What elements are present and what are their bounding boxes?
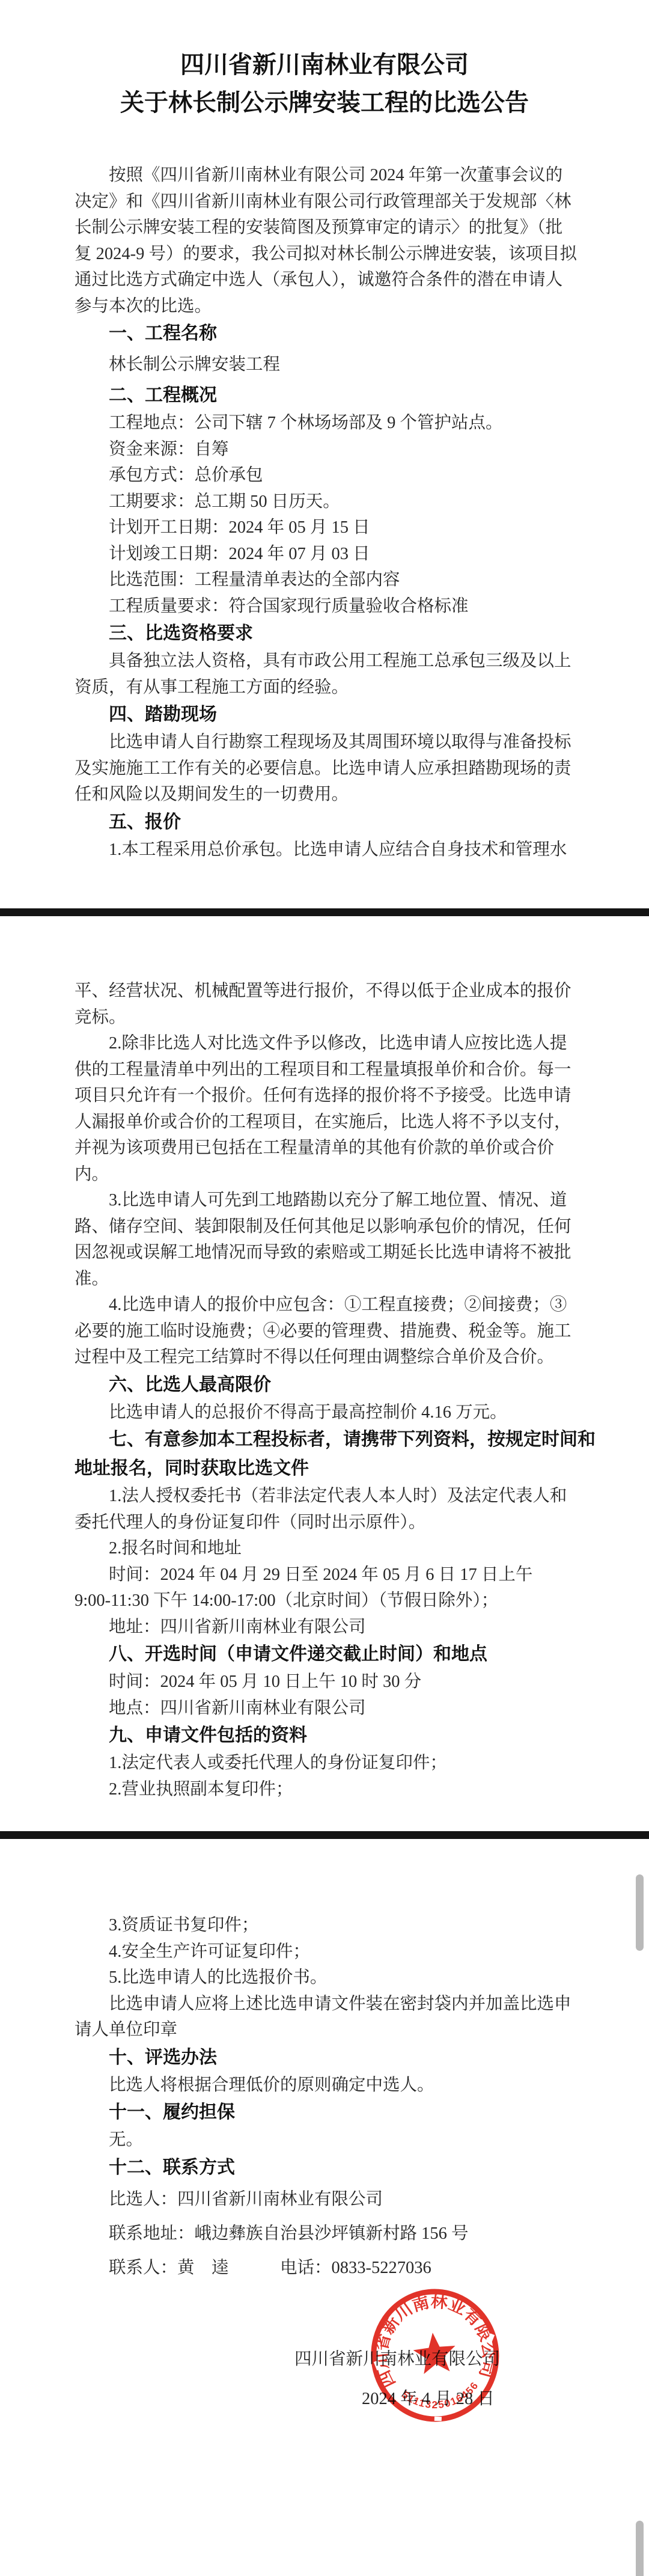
page-2: 平、经营状况、机械配置等进行报价，不得以低于企业成本的报价 竞标。 2.除非比选… <box>0 916 649 1831</box>
paragraph-line: 地点：四川省新川南林业有限公司 <box>0 1695 649 1722</box>
paragraph-line: 计划竣工日期：2024 年 07 月 03 日 <box>0 541 649 568</box>
paragraph-line: 资金来源：自筹 <box>0 436 649 463</box>
section-heading: 九、申请文件包括的资料 <box>0 1721 649 1750</box>
paragraph-line: 无。 <box>0 2127 649 2153</box>
paragraph-line: 决定》和《四川省新川南林业有限公司行政管理部关于发规部〈林 <box>0 189 649 215</box>
paragraph-line: 长制公示牌安装工程的安装简图及预算审定的请示〉的批复》（批 <box>0 215 649 241</box>
paragraph-line: 路、储存空间、装卸限制及任何其他足以影响承包价的情况，任何 <box>0 1214 649 1240</box>
section-heading: 六、比选人最高限价 <box>0 1371 649 1400</box>
paragraph-line: 9:00-11:30 下午 14:00-17:00（北京时间）（节假日除外）； <box>0 1588 649 1614</box>
contact-line: 联系人：黄 逵 电话：0833-5227036 <box>0 2251 649 2285</box>
scrollbar-thumb[interactable] <box>636 2521 644 2576</box>
paragraph-line: 3.比选申请人可先到工地踏勘以充分了解工地位置、情况、道 <box>0 1187 649 1214</box>
paragraph-line: 2.除非比选人对比选文件予以修改，比选申请人应按比选人提 <box>0 1030 649 1057</box>
paragraph-line: 项目只允许有一个报价。任何有选择的报价将不予接受。比选申请 <box>0 1083 649 1109</box>
paragraph-line: 人漏报单价或合价的工程项目，在实施后，比选人将不予以支付， <box>0 1109 649 1136</box>
paragraph-line: 工程质量要求：符合国家现行质量验收合格标准 <box>0 593 649 620</box>
paragraph-line: 2.报名时间和地址 <box>0 1535 649 1562</box>
paragraph-line: 1.本工程采用总价承包。比选申请人应结合自身技术和管理水 <box>0 837 649 863</box>
section-heading: 十二、联系方式 <box>0 2153 649 2182</box>
paragraph-line: 委托代理人的身份证复印件（同时出示原件）。 <box>0 1510 649 1536</box>
paragraph-line: 及实施施工工作有关的必要信息。比选申请人应承担踏勘现场的责 <box>0 756 649 782</box>
paragraph-line: 过程中及工程完工结算时不得以任何理由调整综合单价及合价。 <box>0 1344 649 1371</box>
paragraph-line: 比选申请人自行勘察工程现场及其周围环境以取得与准备投标 <box>0 729 649 756</box>
paragraph-line: 资质，有从事工程施工方面的经验。 <box>0 675 649 701</box>
paragraph-line: 地址：四川省新川南林业有限公司 <box>0 1614 649 1641</box>
paragraph-line: 时间：2024 年 05 月 10 日上午 10 时 30 分 <box>0 1669 649 1695</box>
paragraph-line: 内。 <box>0 1161 649 1188</box>
page-1-body: 按照《四川省新川南林业有限公司 2024 年第一次董事会议的 决定》和《四川省新… <box>0 162 649 863</box>
section-heading: 八、开选时间（申请文件递交截止时间）和地点 <box>0 1640 649 1669</box>
section-heading: 十一、履约担保 <box>0 2098 649 2127</box>
page-separator <box>0 908 649 916</box>
paragraph-line: 复 2024-9 号）的要求，我公司拟对林长制公示牌进安装，该项目拟 <box>0 241 649 268</box>
paragraph-line: 林长制公示牌安装工程 <box>0 348 649 381</box>
paragraph-line: 任和风险以及期间发生的一切费用。 <box>0 782 649 808</box>
paragraph-line: 1.法定代表人或委托代理人的身份证复印件； <box>0 1750 649 1776</box>
section-heading: 四、踏勘现场 <box>0 700 649 729</box>
paragraph-line: 2.营业执照副本复印件； <box>0 1776 649 1803</box>
paragraph-line: 按照《四川省新川南林业有限公司 2024 年第一次董事会议的 <box>0 162 649 189</box>
paragraph-line: 因忽视或误解工地情况而导致的索赔或工期延长比选申请将不被批 <box>0 1240 649 1266</box>
paragraph-line: 请人单位印章 <box>0 2017 649 2043</box>
paragraph-line: 计划开工日期：2024 年 05 月 15 日 <box>0 515 649 541</box>
page-3-body: 3.资质证书复印件； 4.安全生产许可证复印件； 5.比选申请人的比选报价书。 … <box>0 1839 649 2285</box>
paragraph-line: 比选申请人应将上述比选申请文件装在密封袋内并加盖比选申 <box>0 1991 649 2018</box>
page-1: 四川省新川南林业有限公司 关于林长制公示牌安装工程的比选公告 按照《四川省新川南… <box>0 0 649 908</box>
paragraph-line: 具备独立法人资格，具有市政公用工程施工总承包三级及以上 <box>0 648 649 675</box>
company-seal: 四川省新川南林业有限公司 5111325016456 <box>361 2280 510 2432</box>
paragraph-line: 4.安全生产许可证复印件； <box>0 1939 649 1965</box>
paragraph-line: 比选范围：工程量清单表达的全部内容 <box>0 567 649 593</box>
seal-star-icon <box>412 2331 458 2375</box>
document-title: 四川省新川南林业有限公司 关于林长制公示牌安装工程的比选公告 <box>0 0 649 121</box>
paragraph-line: 竞标。 <box>0 1005 649 1031</box>
paragraph-line: 参与本次的比选。 <box>0 293 649 320</box>
contact-line: 联系地址：峨边彝族自治县沙坪镇新村路 156 号 <box>0 2217 649 2251</box>
scrollbar-thumb[interactable] <box>636 1874 644 1951</box>
paragraph-line: 并视为该项费用已包括在工程量清单的其他有价款的单价或合价 <box>0 1135 649 1161</box>
paragraph-line: 供的工程量清单中列出的工程项目和工程量填报单价和合价。每一 <box>0 1057 649 1083</box>
paragraph-line: 通过比选方式确定中选人（承包人），诚邀符合条件的潜在申请人 <box>0 267 649 293</box>
paragraph-line: 比选申请人的总报价不得高于最高控制价 4.16 万元。 <box>0 1400 649 1426</box>
section-heading: 一、工程名称 <box>0 319 649 348</box>
page-2-body: 平、经营状况、机械配置等进行报价，不得以低于企业成本的报价 竞标。 2.除非比选… <box>0 916 649 1802</box>
section-heading: 地址报名，同时获取比选文件 <box>0 1454 649 1483</box>
page-3: 3.资质证书复印件； 4.安全生产许可证复印件； 5.比选申请人的比选报价书。 … <box>0 1839 649 2576</box>
paragraph-line: 必要的施工临时设施费；④必要的管理费、措施费、税金等。施工 <box>0 1318 649 1345</box>
section-heading: 七、有意参加本工程投标者，请携带下列资料，按规定时间和 <box>0 1425 649 1454</box>
title-line: 关于林长制公示牌安装工程的比选公告 <box>0 84 649 121</box>
paragraph-line: 3.资质证书复印件； <box>0 1912 649 1939</box>
paragraph-line: 1.法人授权委托书（若非法定代表人本人时）及法定代表人和 <box>0 1483 649 1510</box>
paragraph-line: 工期要求：总工期 50 日历天。 <box>0 489 649 515</box>
paragraph-line: 时间：2024 年 04 月 29 日至 2024 年 05 月 6 日 17 … <box>0 1562 649 1588</box>
contact-line: 比选人：四川省新川南林业有限公司 <box>0 2182 649 2217</box>
paragraph-line: 平、经营状况、机械配置等进行报价，不得以低于企业成本的报价 <box>0 978 649 1005</box>
page-separator <box>0 1831 649 1839</box>
section-heading: 五、报价 <box>0 808 649 837</box>
section-heading: 二、工程概况 <box>0 381 649 410</box>
paragraph-line: 承包方式：总价承包 <box>0 462 649 489</box>
paragraph-line: 5.比选申请人的比选报价书。 <box>0 1965 649 1991</box>
paragraph-line: 工程地点：公司下辖 7 个林场场部及 9 个管护站点。 <box>0 410 649 436</box>
paragraph-line: 比选人将根据合理低价的原则确定中选人。 <box>0 2072 649 2099</box>
title-line: 四川省新川南林业有限公司 <box>0 46 649 84</box>
section-heading: 三、比选资格要求 <box>0 619 649 648</box>
paragraph-line: 4.比选申请人的报价中应包含：①工程直接费；②间接费；③ <box>0 1292 649 1318</box>
paragraph-line: 准。 <box>0 1266 649 1293</box>
document-viewer: 四川省新川南林业有限公司 关于林长制公示牌安装工程的比选公告 按照《四川省新川南… <box>0 0 649 2576</box>
section-heading: 十、评选办法 <box>0 2043 649 2072</box>
